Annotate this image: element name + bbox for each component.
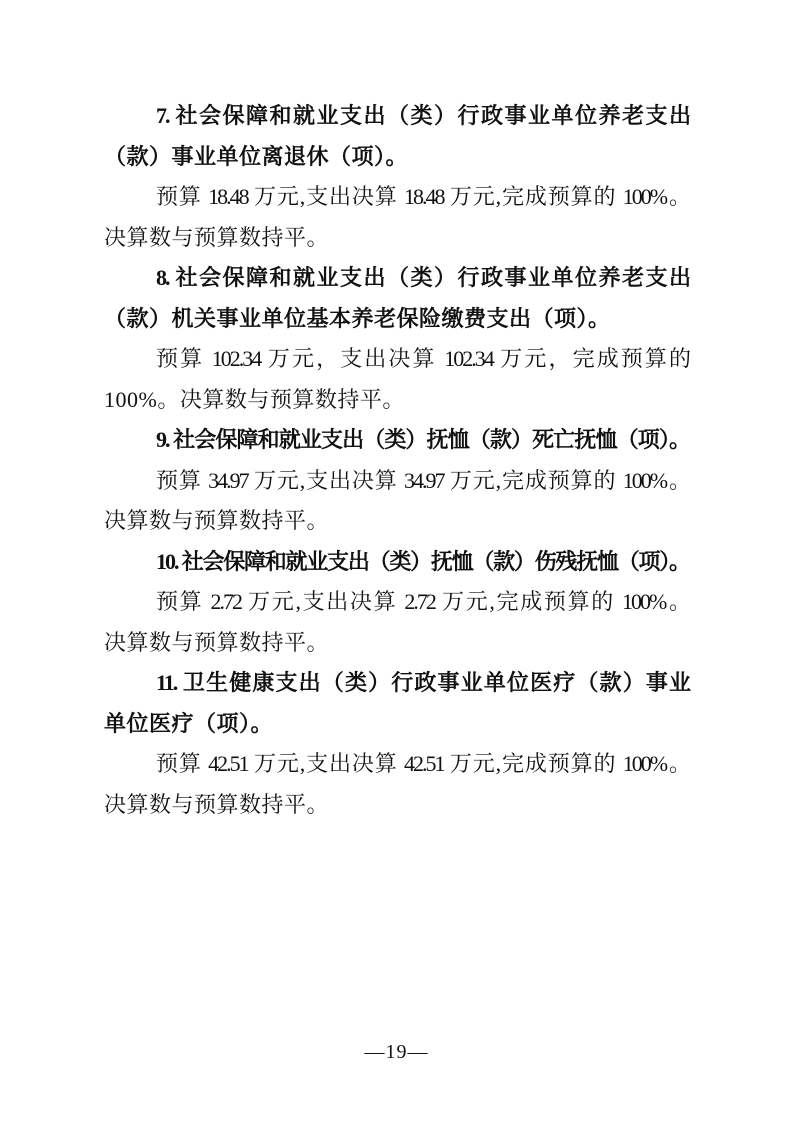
section-body-line: 预算 34.97 万元,支出决算 34.97 万元,完成预算的 100%。 [104,461,689,502]
section-heading-line: 8. 社会保障和就业支出（类）行政事业单位养老支出 [104,258,689,299]
section-body-line: 预算 102.34 万元，支出决算 102.34 万元，完成预算的 [104,339,689,380]
section-body-line: 预算 42.51 万元,支出决算 42.51 万元,完成预算的 100%。 [104,744,689,785]
section-body-line: 决算数与预算数持平。 [104,785,689,826]
section-heading-line: （款）事业单位离退休（项）。 [104,137,689,178]
section-body-line: 预算 2.72 万元,支出决算 2.72 万元,完成预算的 100%。 [104,582,689,623]
section-heading-line: 单位医疗（项）。 [104,704,689,745]
section-body-line: 决算数与预算数持平。 [104,623,689,664]
section-item-10: 10. 社会保障和就业支出（类）抚恤（款）伤残抚恤（项）。 预算 2.72 万元… [104,542,689,664]
section-heading-line: （款）机关事业单位基本养老保险缴费支出（项）。 [104,299,689,340]
page-number: —19— [0,1038,793,1066]
section-item-7: 7. 社会保障和就业支出（类）行政事业单位养老支出 （款）事业单位离退休（项）。… [104,96,689,258]
section-body-line: 预算 18.48 万元,支出决算 18.48 万元,完成预算的 100%。 [104,177,689,218]
section-body-line: 决算数与预算数持平。 [104,218,689,259]
section-body-line: 100%。决算数与预算数持平。 [104,380,689,421]
section-body-line: 决算数与预算数持平。 [104,501,689,542]
section-item-8: 8. 社会保障和就业支出（类）行政事业单位养老支出 （款）机关事业单位基本养老保… [104,258,689,420]
section-heading-line: 10. 社会保障和就业支出（类）抚恤（款）伤残抚恤（项）。 [104,542,689,583]
section-item-11: 11. 卫生健康支出（类）行政事业单位医疗（款）事业 单位医疗（项）。 预算 4… [104,663,689,825]
document-body: 7. 社会保障和就业支出（类）行政事业单位养老支出 （款）事业单位离退休（项）。… [104,96,689,825]
section-heading-line: 9. 社会保障和就业支出（类）抚恤（款）死亡抚恤（项）。 [104,420,689,461]
document-page: 7. 社会保障和就业支出（类）行政事业单位养老支出 （款）事业单位离退休（项）。… [0,0,793,1122]
section-item-9: 9. 社会保障和就业支出（类）抚恤（款）死亡抚恤（项）。 预算 34.97 万元… [104,420,689,542]
section-heading-line: 7. 社会保障和就业支出（类）行政事业单位养老支出 [104,96,689,137]
section-heading-line: 11. 卫生健康支出（类）行政事业单位医疗（款）事业 [104,663,689,704]
